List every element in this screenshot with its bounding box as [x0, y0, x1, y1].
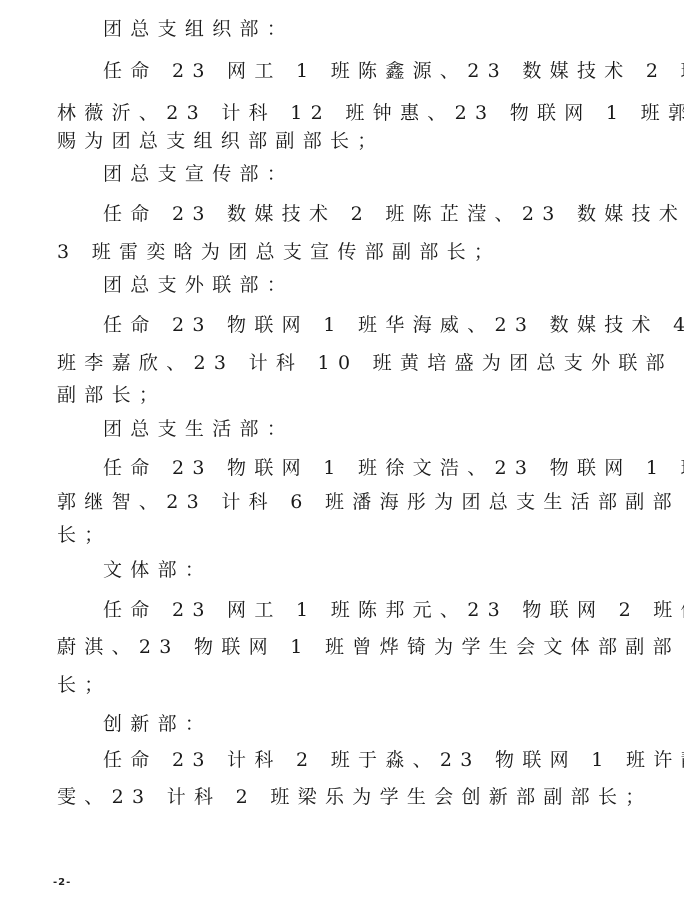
paragraph-line: 3 班雷奕晗为团总支宣传部副部长；: [57, 240, 501, 264]
section-heading-life: 团总支生活部：: [103, 417, 294, 441]
section-heading-culture-sports: 文体部：: [103, 558, 212, 582]
paragraph-line: 长；: [57, 523, 112, 547]
section-heading-publicity: 团总支宣传部：: [103, 162, 294, 186]
section-heading-external-liaison: 团总支外联部：: [103, 273, 294, 297]
paragraph-line: 郭继智、23 计科 6 班潘海彤为团总支生活部副部: [57, 490, 680, 514]
paragraph-line: 林薇沂、23 计科 12 班钟惠、23 物联网 1 班郭景: [57, 101, 684, 125]
section-heading-innovation: 创新部：: [103, 712, 212, 736]
paragraph-line: 副部长；: [57, 383, 166, 407]
paragraph-line: 班李嘉欣、23 计科 10 班黄培盛为团总支外联部: [57, 351, 673, 375]
paragraph-line: 任命 23 数媒技术 2 班陈芷滢、23 数媒技术: [103, 202, 684, 226]
paragraph-line: 雯、23 计科 2 班梁乐为学生会创新部副部长；: [57, 785, 653, 809]
paragraph-line: 任命 23 网工 1 班陈邦元、23 物联网 2 班何: [103, 598, 684, 622]
paragraph-line: 任命 23 物联网 1 班徐文浩、23 物联网 1 班: [103, 456, 684, 480]
paragraph-line: 任命 23 网工 1 班陈鑫源、23 数媒技术 2 班: [103, 59, 684, 83]
paragraph-line: 任命 23 计科 2 班于淼、23 物联网 1 班许静: [103, 748, 684, 772]
section-heading-organization: 团总支组织部：: [103, 17, 294, 41]
paragraph-line: 蔚淇、23 物联网 1 班曾烨锜为学生会文体部副部: [57, 635, 680, 659]
paragraph-line: 赐为团总支组织部副部长；: [57, 129, 385, 153]
paragraph-line: 长；: [57, 673, 112, 697]
paragraph-line: 任命 23 物联网 1 班华海威、23 数媒技术 4: [103, 313, 684, 337]
document-page: 团总支组织部： 任命 23 网工 1 班陈鑫源、23 数媒技术 2 班 林薇沂、…: [0, 0, 684, 911]
page-number: -2-: [53, 877, 71, 888]
